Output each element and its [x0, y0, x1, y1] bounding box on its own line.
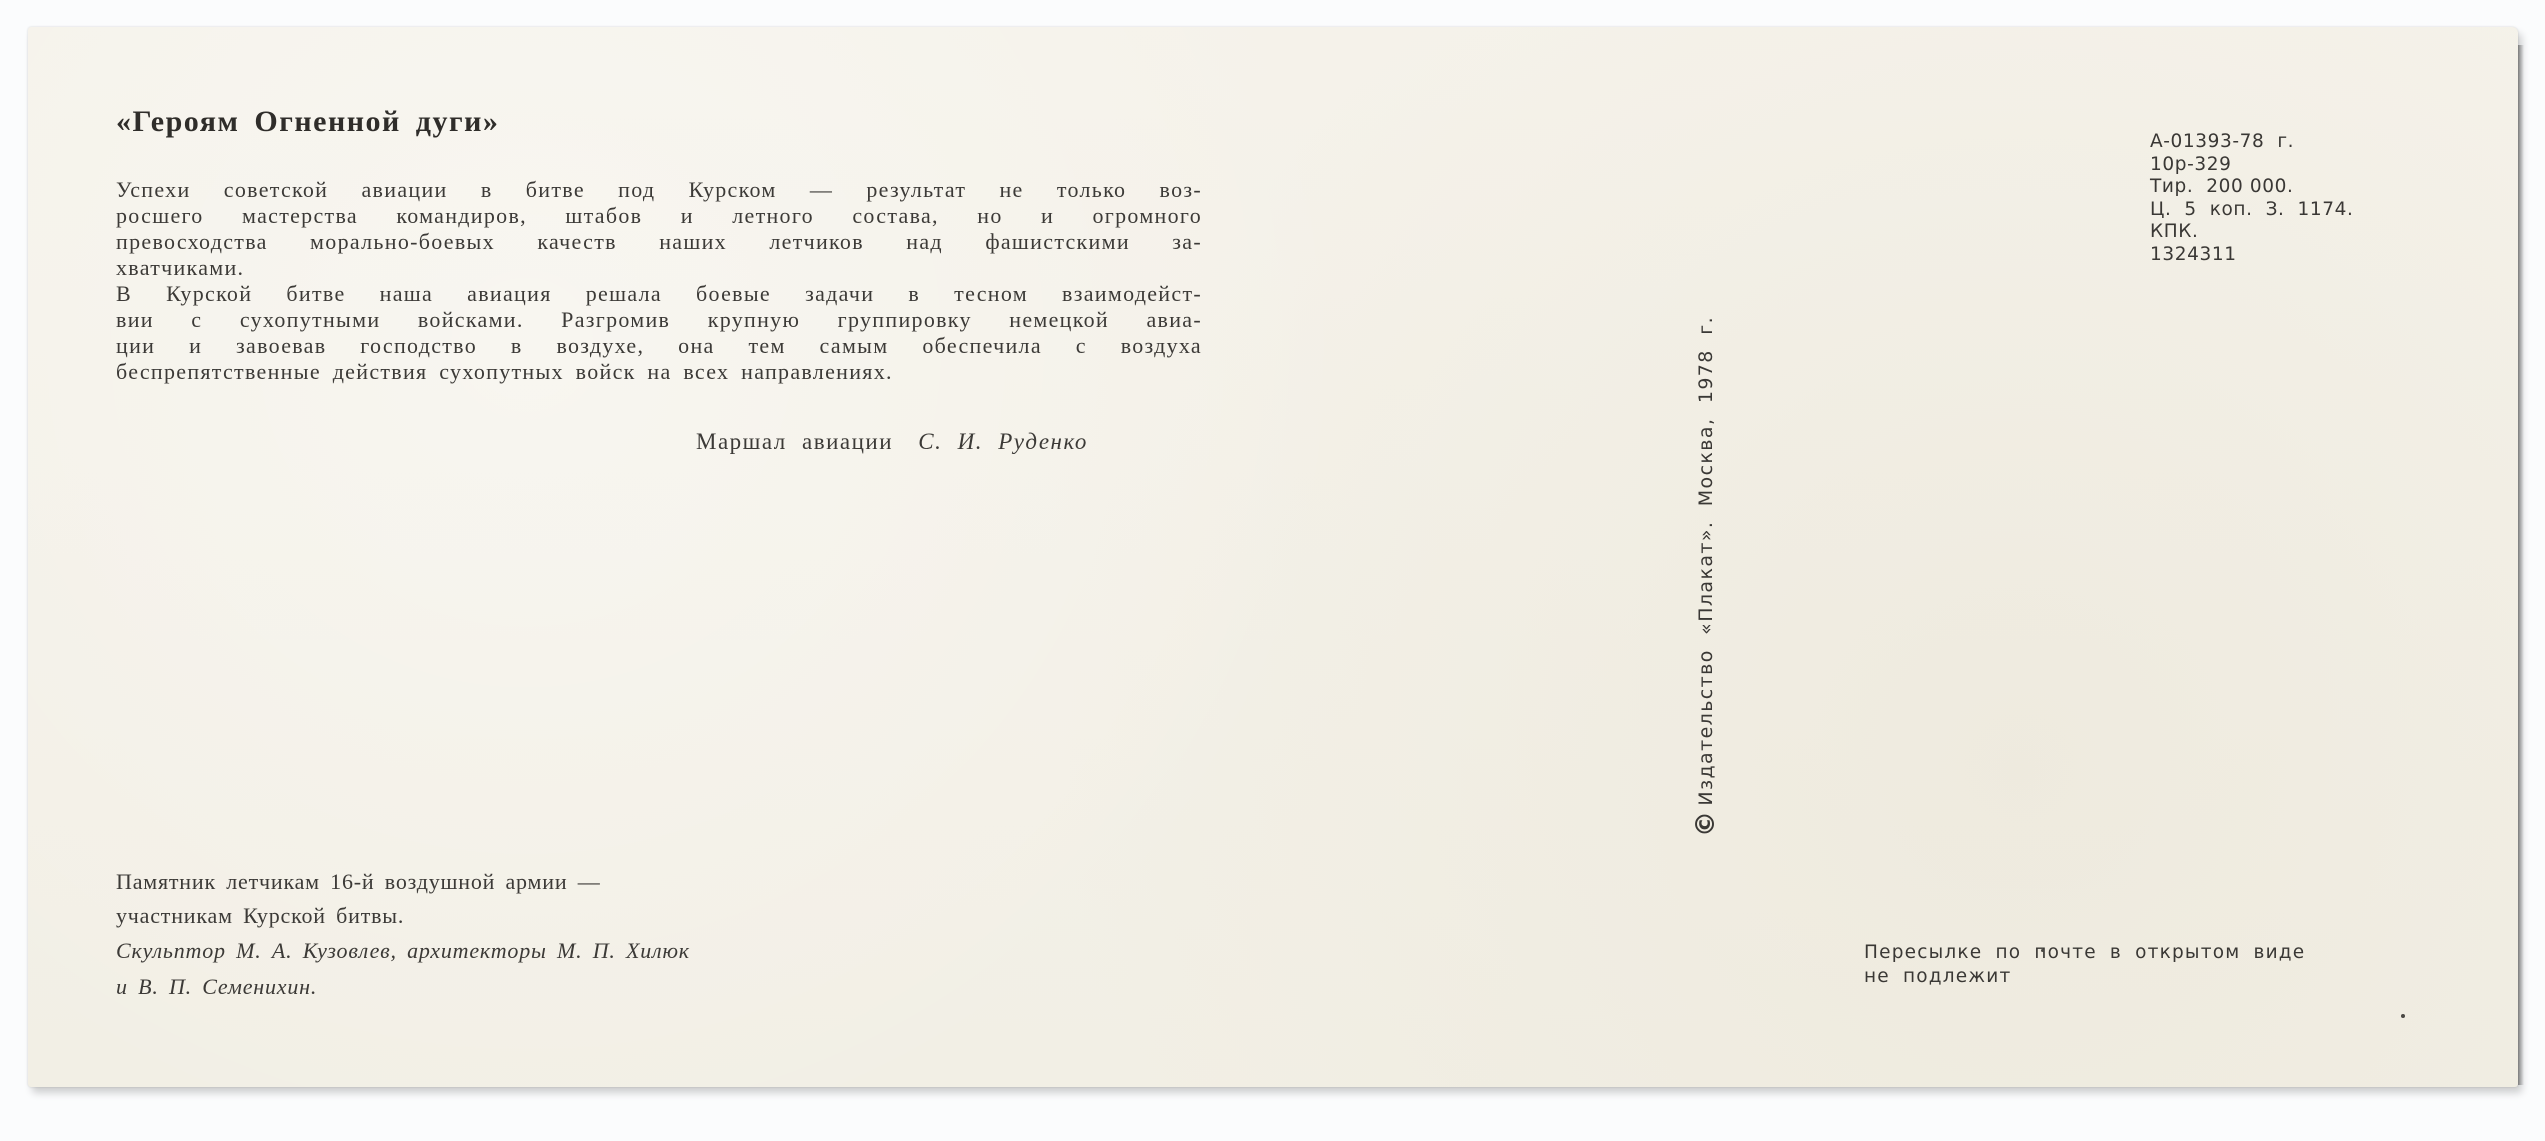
- body-line: беспрепятственные действия сухопутных во…: [116, 359, 1202, 385]
- postal-notice-line: не подлежит: [1864, 965, 2305, 989]
- paper-speck: [2041, 949, 2044, 952]
- imprint-line: Тир. 200 000.: [2150, 176, 2353, 199]
- imprint-line: КПК.: [2150, 221, 2353, 244]
- signature-rank: Маршал авиации: [696, 429, 893, 454]
- caption-credits-line: Скульптор М. А. Кузовлев, архитекторы М.…: [116, 933, 690, 969]
- publisher-line: © Издательство «Плакат». Москва, 1978 г.: [1693, 316, 1719, 837]
- body-line: превосходства морально-боевых качеств на…: [116, 229, 1202, 255]
- signature: Маршал авиации С. И. Руденко: [696, 429, 1088, 455]
- imprint-block: А-01393-78 г. 10р-329 Тир. 200 000. Ц. 5…: [2150, 131, 2353, 266]
- image-caption: Памятник летчикам 16-й воздушной армии —…: [116, 865, 690, 1005]
- paper-speck: [2401, 1014, 2405, 1018]
- imprint-line: Ц. 5 коп. З. 1174.: [2150, 199, 2353, 222]
- signature-name: С. И. Руденко: [918, 429, 1088, 454]
- body-line: В Курской битве наша авиация решала боев…: [116, 281, 1202, 307]
- body-line: хватчиками.: [116, 255, 1202, 281]
- caption-line: участникам Курской битвы.: [116, 899, 690, 933]
- caption-line: Памятник летчикам 16-й воздушной армии —: [116, 865, 690, 899]
- body-line: росшего мастерства командиров, штабов и …: [116, 203, 1202, 229]
- imprint-line: 10р-329: [2150, 154, 2353, 177]
- postcard-title: «Героям Огненной дуги»: [116, 105, 499, 139]
- body-line: вии с сухопутными войсками. Разгромив кр…: [116, 307, 1202, 333]
- body-line: ции и завоевав господство в воздухе, она…: [116, 333, 1202, 359]
- body-text: Успехи советской авиации в битве под Кур…: [116, 177, 1202, 385]
- publisher-text: Издательство «Плакат». Москва, 1978 г.: [1695, 316, 1717, 806]
- body-line: Успехи советской авиации в битве под Кур…: [116, 177, 1202, 203]
- imprint-line: 1324311: [2150, 244, 2353, 267]
- postcard-back: «Героям Огненной дуги» Успехи советской …: [28, 27, 2518, 1087]
- postal-notice-line: Пересылке по почте в открытом виде: [1864, 941, 2305, 965]
- postal-notice: Пересылке по почте в открытом виде не по…: [1864, 941, 2305, 989]
- copyright-icon: ©: [1693, 810, 1719, 837]
- caption-credits-line: и В. П. Семенихин.: [116, 969, 690, 1005]
- imprint-line: А-01393-78 г.: [2150, 131, 2353, 154]
